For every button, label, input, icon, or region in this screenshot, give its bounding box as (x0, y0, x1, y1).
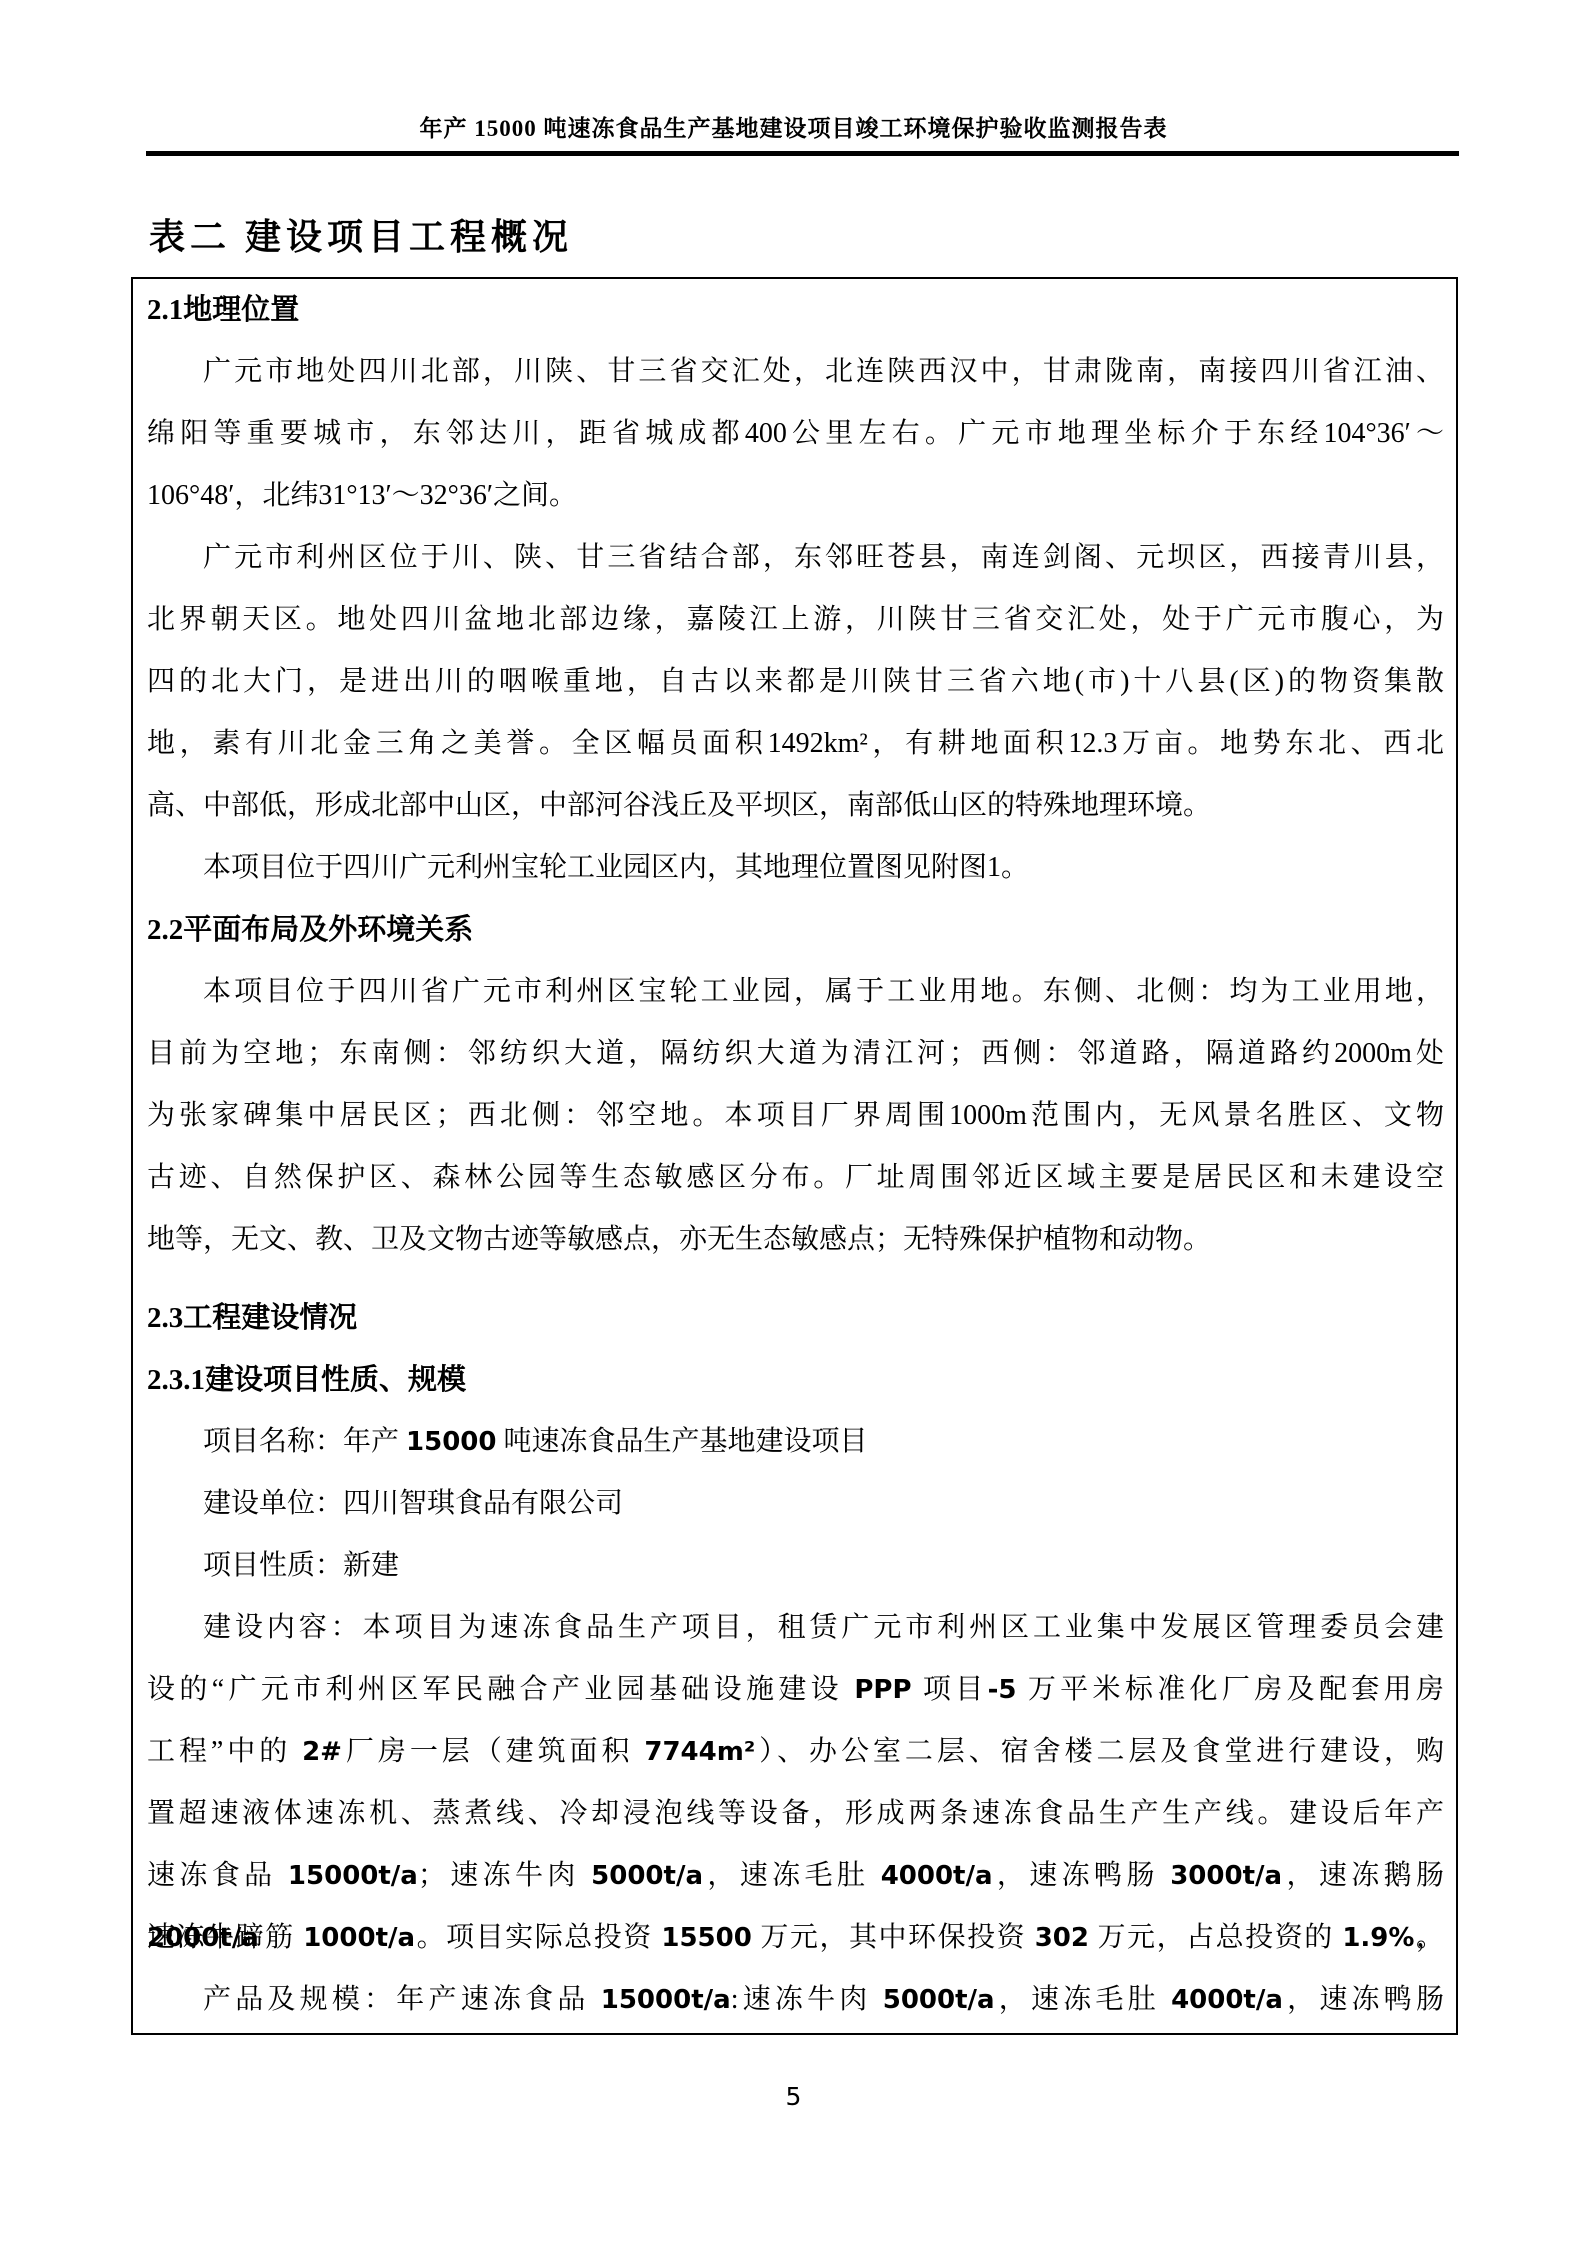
text-line: 项目名称：年产 15000 吨速冻食品生产基地建设项目 (147, 1411, 1444, 1473)
text-segment: ，速冻毛肚 (703, 1860, 881, 1891)
bold-value: 2# (302, 1737, 342, 1767)
text-line: 地等，无文、教、卫及文物古迹等敏感点，亦无生态敏感点；无特殊保护植物和动物。 (147, 1209, 1444, 1271)
text-line: 绵阳等重要城市，东邻达川，距省城成都400公里左右。广元市地理坐标介于东经104… (147, 403, 1444, 465)
text-segment: 厂房一层（建筑面积 (342, 1736, 644, 1767)
text-line: 建设单位：四川智琪食品有限公司 (147, 1473, 1444, 1535)
text-segment: 古迹、自然保护区、森林公园等生态敏感区分布。厂址周围邻近区域主要是居民区和未建设… (147, 1162, 1444, 1193)
text-segment: 设的“广元市利州区军民融合产业园基础设施建设 (147, 1674, 854, 1705)
bold-value: 1.9% (1342, 1923, 1414, 1953)
text-line: 速冻食品 15000t/a；速冻牛肉 5000t/a，速冻毛肚 4000t/a，… (147, 1845, 1444, 1907)
text-segment: 2.1地理位置 (147, 294, 299, 326)
text-segment: 本项目位于四川省广元市利州区宝轮工业园，属于工业用地。东侧、北侧：均为工业用地， (203, 976, 1444, 1007)
text-segment: 项目 (912, 1674, 988, 1705)
bold-value: 15000 (406, 1427, 496, 1457)
page-header-title: 年产 15000 吨速冻食品生产基地建设项目竣工环境保护验收监测报告表 (0, 110, 1587, 143)
section-heading: 2.3工程建设情况 (147, 1287, 1444, 1349)
bold-value: 5000t/a (883, 1985, 995, 2015)
text-segment: 广元市利州区位于川、陕、甘三省结合部，东邻旺苍县，南连剑阁、元坝区，西接青川县， (203, 542, 1444, 573)
bold-value: 7744m² (644, 1737, 755, 1767)
text-line: 高、中部低，形成北部中山区，中部河谷浅丘及平坝区，南部低山区的特殊地理环境。 (147, 775, 1444, 837)
text-line: 北界朝天区。地处四川盆地北部边缘，嘉陵江上游，川陕甘三省交汇处，处于广元市腹心，… (147, 589, 1444, 651)
text-line: 106°48′，北纬31°13′～32°36′之间。 (147, 465, 1444, 527)
bold-value: 4000t/a (881, 1861, 993, 1891)
text-line: 地，素有川北金三角之美誉。全区幅员面积1492km²，有耕地面积12.3万亩。地… (147, 713, 1444, 775)
text-segment: 目前为空地；东南侧：邻纺织大道，隔纺织大道为清江河；西侧：邻道路，隔道路约200… (147, 1038, 1444, 1069)
text-segment: 地等，无文、教、卫及文物古迹等敏感点，亦无生态敏感点；无特殊保护植物和动物。 (147, 1224, 1211, 1255)
text-line: 广元市地处四川北部，川陕、甘三省交汇处，北连陕西汉中，甘肃陇南，南接四川省江油、 (147, 341, 1444, 403)
bold-value: 302 (1035, 1923, 1089, 1953)
text-line: 本项目位于四川省广元市利州区宝轮工业园，属于工业用地。东侧、北侧：均为工业用地， (147, 961, 1444, 1023)
bold-value: 1000t/a (303, 1923, 415, 1953)
header-divider-rule (146, 151, 1459, 156)
text-segment: 。项目实际总投资 (415, 1922, 661, 1953)
text-segment: 建设内容：本项目为速冻食品生产项目，租赁广元市利州区工业集中发展区管理委员会建 (203, 1612, 1444, 1643)
bold-value: 5000t/a (591, 1861, 703, 1891)
text-segment: ）、办公室二层、宿舍楼二层及食堂进行建设，购 (755, 1736, 1444, 1767)
bold-value: 15000t/a (601, 1985, 731, 2015)
text-segment: 建设单位：四川智琪食品有限公司 (203, 1488, 623, 1519)
text-segment: 高、中部低，形成北部中山区，中部河谷浅丘及平坝区，南部低山区的特殊地理环境。 (147, 790, 1211, 821)
section-heading: 2.2平面布局及外环境关系 (147, 899, 1444, 961)
text-segment: 地，素有川北金三角之美誉。全区幅员面积1492km²，有耕地面积12.3万亩。地… (147, 728, 1444, 759)
text-line: 项目性质：新建 (147, 1535, 1444, 1597)
text-segment: ，速冻鸭肠 (993, 1860, 1171, 1891)
text-segment: 速冻食品 (147, 1860, 288, 1891)
bold-value: 3000t/a (1170, 1861, 1282, 1891)
text-line: 古迹、自然保护区、森林公园等生态敏感区分布。厂址周围邻近区域主要是居民区和未建设… (147, 1147, 1444, 1209)
text-segment: 2.3工程建设情况 (147, 1302, 357, 1334)
text-segment: 项目名称：年产 (203, 1426, 406, 1457)
text-line: 为张家碑集中居民区；西北侧：邻空地。本项目厂界周围1000m范围内，无风景名胜区… (147, 1085, 1444, 1147)
text-segment: :速冻牛肉 (731, 1984, 883, 2015)
section-heading: 2.1地理位置 (147, 279, 1444, 341)
text-segment: 为张家碑集中居民区；西北侧：邻空地。本项目厂界周围1000m范围内，无风景名胜区… (147, 1100, 1444, 1131)
text-segment: 绵阳等重要城市，东邻达川，距省城成都400公里左右。广元市地理坐标介于东经104… (147, 418, 1444, 449)
text-segment: 万元，占总投资的 (1089, 1922, 1342, 1953)
text-segment: 万平米标准化厂房及配套用房 (1016, 1674, 1444, 1705)
text-line: 工程”中的 2#厂房一层（建筑面积 7744m²）、办公室二层、宿舍楼二层及食堂… (147, 1721, 1444, 1783)
text-segment: 吨速冻食品生产基地建设项目 (496, 1426, 867, 1457)
bold-value: 15500 (661, 1923, 751, 1953)
text-segment: 北界朝天区。地处四川盆地北部边缘，嘉陵江上游，川陕甘三省交汇处，处于广元市腹心，… (147, 604, 1444, 635)
text-line: 四的北大门，是进出川的咽喉重地，自古以来都是川陕甘三省六地(市)十八县(区)的物… (147, 651, 1444, 713)
text-line: 产品及规模：年产速冻食品 15000t/a:速冻牛肉 5000t/a，速冻毛肚 … (147, 1969, 1444, 2031)
text-segment: 产品及规模：年产速冻食品 (203, 1984, 601, 2015)
text-segment: 项目性质：新建 (203, 1550, 399, 1581)
text-segment: 2.3.1建设项目性质、规模 (147, 1364, 466, 1396)
bold-value: 15000t/a (288, 1861, 418, 1891)
text-line: 速冻牛蹄筋 1000t/a。项目实际总投资 15500 万元，其中环保投资 30… (147, 1907, 1444, 1969)
bold-value: PPP (854, 1675, 911, 1705)
section-heading: 2.3.1建设项目性质、规模 (147, 1349, 1444, 1411)
bold-value: 4000t/a (1171, 1985, 1283, 2015)
text-segment: 置超速液体速冻机、蒸煮线、冷却浸泡线等设备，形成两条速冻食品生产生产线。建设后年… (147, 1798, 1444, 1829)
text-segment: 速冻牛蹄筋 (147, 1922, 303, 1953)
text-line: 设的“广元市利州区军民融合产业园基础设施建设 PPP 项目-5 万平米标准化厂房… (147, 1659, 1444, 1721)
page-title: 表二 建设项目工程概况 (149, 209, 573, 260)
page-number: 5 (0, 2082, 1587, 2111)
text-line: 建设内容：本项目为速冻食品生产项目，租赁广元市利州区工业集中发展区管理委员会建 (147, 1597, 1444, 1659)
text-line: 置超速液体速冻机、蒸煮线、冷却浸泡线等设备，形成两条速冻食品生产生产线。建设后年… (147, 1783, 1444, 1845)
text-segment: 四的北大门，是进出川的咽喉重地，自古以来都是川陕甘三省六地(市)十八县(区)的物… (147, 666, 1444, 697)
report-table-box: 2.1地理位置广元市地处四川北部，川陕、甘三省交汇处，北连陕西汉中，甘肃陇南，南… (131, 277, 1458, 2035)
text-segment: 本项目位于四川广元利州宝轮工业园区内，其地理位置图见附图1。 (203, 852, 1029, 883)
text-segment: 广元市地处四川北部，川陕、甘三省交汇处，北连陕西汉中，甘肃陇南，南接四川省江油、 (203, 356, 1444, 387)
text-segment: 2.2平面布局及外环境关系 (147, 914, 473, 946)
text-line: 目前为空地；东南侧：邻纺织大道，隔纺织大道为清江河；西侧：邻道路，隔道路约200… (147, 1023, 1444, 1085)
text-line: 本项目位于四川广元利州宝轮工业园区内，其地理位置图见附图1。 (147, 837, 1444, 899)
bold-value: -5 (988, 1675, 1017, 1705)
text-segment: ，速冻鹅肠 (1282, 1860, 1444, 1891)
text-segment: 。 (1414, 1922, 1444, 1953)
text-segment: 工程”中的 (147, 1736, 302, 1767)
text-segment: ，速冻鸭肠 (1283, 1984, 1444, 2015)
report-table-content: 2.1地理位置广元市地处四川北部，川陕、甘三省交汇处，北连陕西汉中，甘肃陇南，南… (147, 279, 1444, 2031)
text-segment: 106°48′，北纬31°13′～32°36′之间。 (147, 480, 577, 511)
text-segment: ，速冻毛肚 (995, 1984, 1171, 2015)
text-segment: 万元，其中环保投资 (752, 1922, 1035, 1953)
text-line: 广元市利州区位于川、陕、甘三省结合部，东邻旺苍县，南连剑阁、元坝区，西接青川县， (147, 527, 1444, 589)
text-segment: ；速冻牛肉 (418, 1860, 591, 1891)
